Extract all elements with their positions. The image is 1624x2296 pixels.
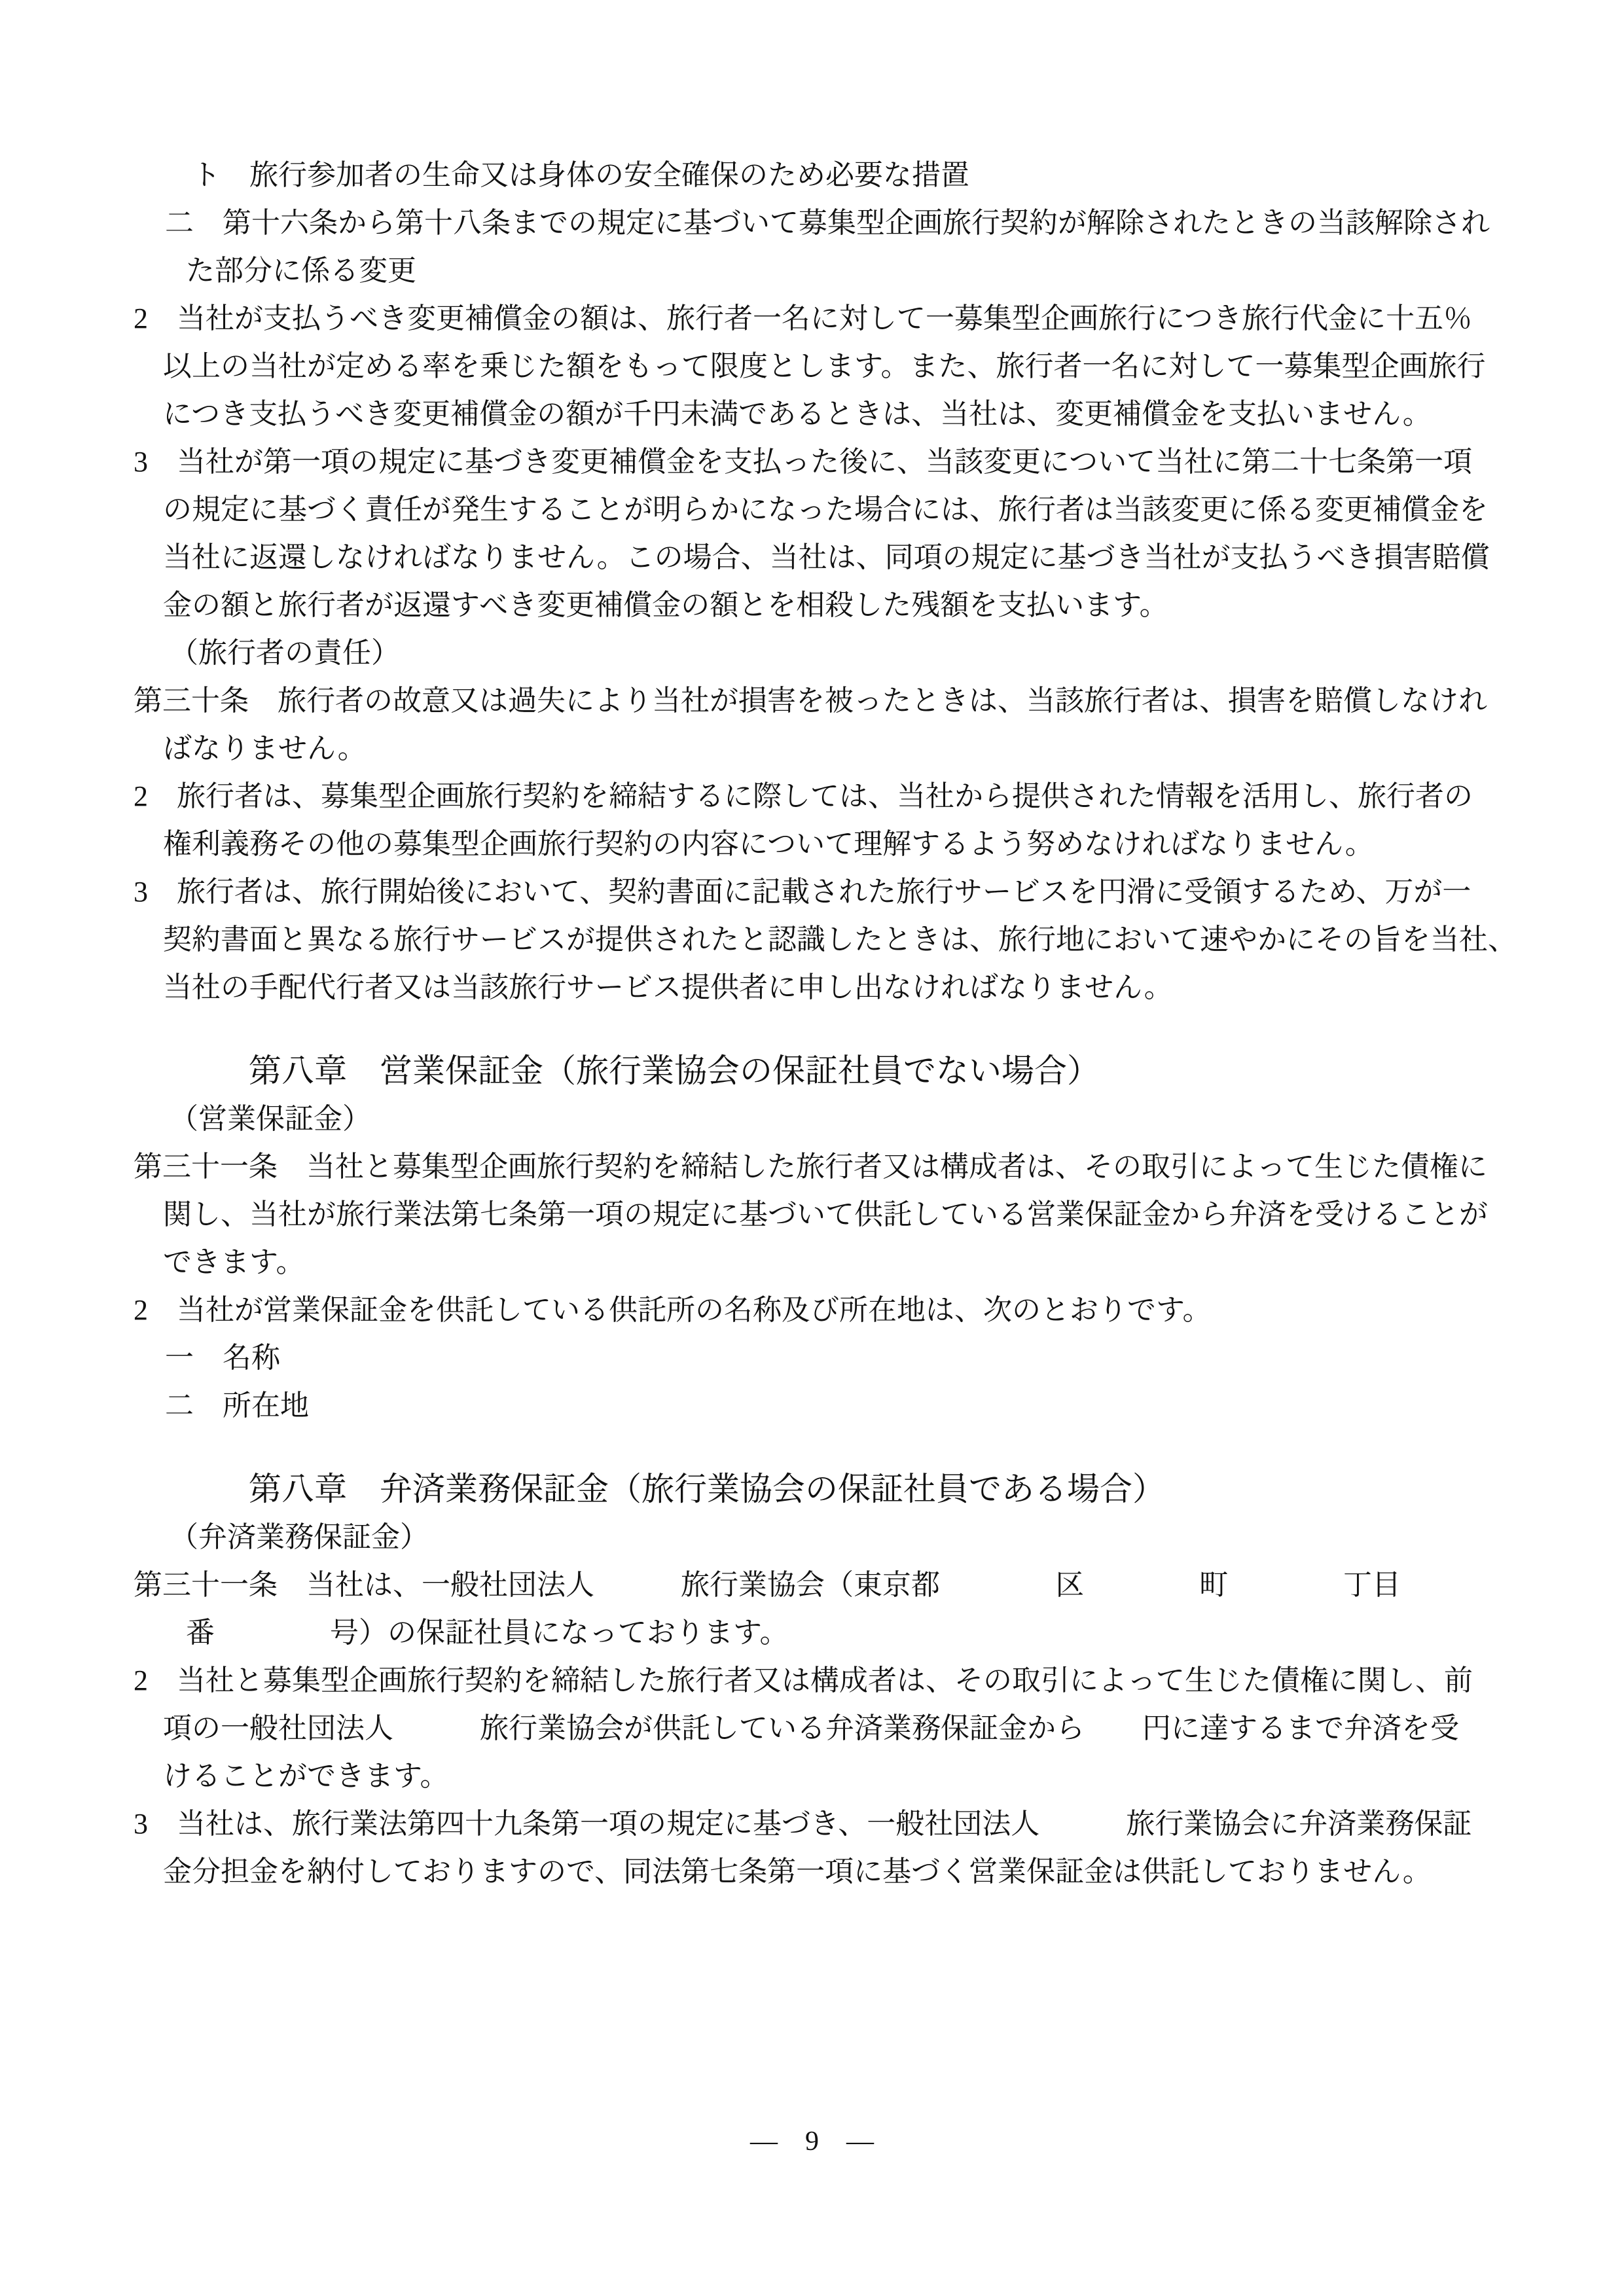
paren-heading: （営業保証金） (134, 1095, 1519, 1143)
article-line: 第三十一条 当社と募集型企画旅行契約を締結した旅行者又は構成者は、その取引によっ… (134, 1143, 1519, 1191)
continuation-line: 関し、当社が旅行業法第七条第一項の規定に基づいて供託している営業保証金から弁済を… (134, 1191, 1519, 1238)
document-page: ト 旅行参加者の生命又は身体の安全確保のため必要な措置二 第十六条から第十八条ま… (0, 0, 1624, 2296)
continuation-line: の規定に基づく責任が発生することが明らかになった場合には、旅行者は当該変更に係る… (134, 486, 1519, 533)
list-item-line: 二 第十六条から第十八条までの規定に基づいて募集型企画旅行契約が解除されたときの… (134, 199, 1519, 247)
continuation-line: 項の一般社団法人 旅行業協会が供託している弁済業務保証金から 円に達するまで弁済… (134, 1704, 1519, 1752)
paragraph-line: 2 当社と募集型企画旅行契約を締結した旅行者又は構成者は、その取引によって生じた… (134, 1657, 1519, 1704)
list-item-line: 二 所在地 (134, 1382, 1519, 1429)
paragraph-line: 2 当社が営業保証金を供託している供託所の名称及び所在地は、次のとおりです。 (134, 1286, 1519, 1334)
continuation-line: た部分に係る変更 (134, 247, 1519, 295)
page-number: — 9 — (0, 2122, 1624, 2161)
paren-heading: （旅行者の責任） (134, 629, 1519, 677)
chapter-heading: 第八章 弁済業務保証金（旅行業協会の保証社員である場合） (134, 1465, 1519, 1513)
continuation-line: につき支払うべき変更補償金の額が千円未満であるときは、当社は、変更補償金を支払い… (134, 390, 1519, 438)
sublist-item-line: ト 旅行参加者の生命又は身体の安全確保のため必要な措置 (134, 151, 1519, 199)
continuation-line: 金の額と旅行者が返還すべき変更補償金の額とを相殺した残額を支払います。 (134, 581, 1519, 629)
document-body: ト 旅行参加者の生命又は身体の安全確保のため必要な措置二 第十六条から第十八条ま… (134, 151, 1519, 1895)
article-line: 第三十一条 当社は、一般社団法人 旅行業協会（東京都 区 町 丁目 (134, 1561, 1519, 1609)
paren-heading: （弁済業務保証金） (134, 1513, 1519, 1561)
chapter-heading: 第八章 営業保証金（旅行業協会の保証社員でない場合） (134, 1047, 1519, 1095)
continuation-line: ばなりません。 (134, 725, 1519, 772)
paragraph-line: 2 旅行者は、募集型企画旅行契約を締結するに際しては、当社から提供された情報を活… (134, 772, 1519, 820)
paragraph-line: 3 旅行者は、旅行開始後において、契約書面に記載された旅行サービスを円滑に受領す… (134, 868, 1519, 916)
article-line: 第三十条 旅行者の故意又は過失により当社が損害を被ったときは、当該旅行者は、損害… (134, 677, 1519, 725)
continuation-line: けることができます。 (134, 1752, 1519, 1800)
continuation-line: 当社の手配代行者又は当該旅行サービス提供者に申し出なければなりません。 (134, 963, 1519, 1011)
continuation-line: 金分担金を納付しておりますので、同法第七条第一項に基づく営業保証金は供託しており… (134, 1848, 1519, 1895)
paragraph-line: 3 当社が第一項の規定に基づき変更補償金を支払った後に、当該変更について当社に第… (134, 438, 1519, 486)
paragraph-line: 3 当社は、旅行業法第四十九条第一項の規定に基づき、一般社団法人 旅行業協会に弁… (134, 1800, 1519, 1848)
continuation-line: 当社に返還しなければなりません。この場合、当社は、同項の規定に基づき当社が支払う… (134, 533, 1519, 581)
continuation-line: できます。 (134, 1238, 1519, 1286)
paragraph-line: 2 当社が支払うべき変更補償金の額は、旅行者一名に対して一募集型企画旅行につき旅… (134, 295, 1519, 342)
continuation-line: 契約書面と異なる旅行サービスが提供されたと認識したときは、旅行地において速やかに… (134, 916, 1519, 963)
continuation-line: 番 号）の保証社員になっております。 (134, 1609, 1519, 1657)
continuation-line: 以上の当社が定める率を乗じた額をもって限度とします。また、旅行者一名に対して一募… (134, 342, 1519, 390)
continuation-line: 権利義務その他の募集型企画旅行契約の内容について理解するよう努めなければなりませ… (134, 820, 1519, 868)
list-item-line: 一 名称 (134, 1334, 1519, 1382)
